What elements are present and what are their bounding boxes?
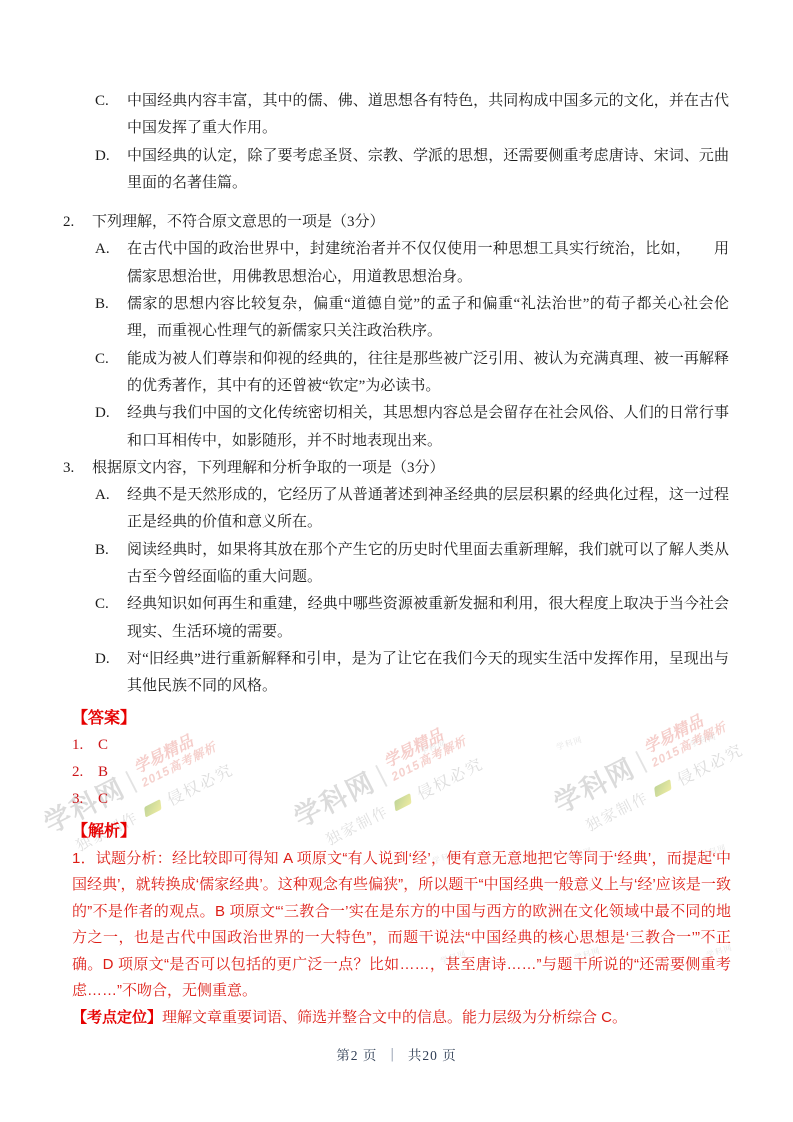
option-label: B.: [95, 537, 127, 592]
answers-section-header: 【答案】: [72, 705, 793, 732]
option-text: 对“旧经典”进行重新解释和引申，是为了让它在我们今天的现实生活中发挥作用，呈现出…: [127, 646, 729, 701]
option-text: 经典不是天然形成的，它经历了从普通著述到神圣经典的层层积累的经典化过程，这一过程…: [127, 482, 729, 537]
question-number: 2.: [63, 209, 92, 236]
question3-option-d: D. 对“旧经典”进行重新解释和引申，是为了让它在我们今天的现实生活中发挥作用，…: [95, 646, 729, 701]
exam-document-page: 学科网 | 学易精品 2015高考解析 独家制作 侵权必究 学科网 | 学易精品…: [0, 0, 793, 1122]
option-text: 中国经典内容丰富，其中的儒、佛、道思想各有特色，共同构成中国多元的文化，并在古代…: [127, 88, 729, 143]
answer-item-2: 2. B: [72, 759, 793, 786]
answer-number: 2.: [72, 759, 98, 786]
question-3-stem: 3. 根据原文内容，下列理解和分析争取的一项是（3分）: [63, 455, 729, 482]
question-text: 下列理解，不符合原文意思的一项是（3分）: [92, 209, 729, 236]
footer-separator: ｜: [385, 1048, 400, 1063]
question1-option-d: D. 中国经典的认定，除了要考虑圣贤、宗教、学派的思想，还需要侧重考虑唐诗、宋词…: [95, 143, 729, 198]
footer-page-total: 共20 页: [408, 1048, 457, 1063]
question-2-stem: 2. 下列理解，不符合原文意思的一项是（3分）: [63, 209, 729, 236]
answer-value: B: [98, 759, 108, 786]
question2-option-a: A. 在古代中国的政治世界中，封建统治者并不仅仅使用一种思想工具实行统治，比如，…: [95, 236, 729, 291]
option-text: 在古代中国的政治世界中，封建统治者并不仅仅使用一种思想工具实行统治，比如， 用儒…: [127, 236, 729, 291]
option-text: 能成为被人们尊崇和仰视的经典的，往往是那些被广泛引用、被认为充满真理、被一再解释…: [127, 346, 729, 401]
analysis-paragraph: 1．试题分析：经比较即可得知 A 项原文“有人说到‘经’，便有意无意地把它等同于…: [72, 846, 731, 1004]
question3-option-b: B. 阅读经典时，如果将其放在那个产生它的历史时代里面去重新理解，我们就可以了解…: [95, 537, 729, 592]
footer-page-current: 第2 页: [336, 1048, 377, 1063]
question3-option-c: C. 经典知识如何再生和重建，经典中哪些资源被重新发掘和利用，很大程度上取决于当…: [95, 591, 729, 646]
answer-item-3: 3. C: [72, 786, 793, 813]
question-text: 根据原文内容，下列理解和分析争取的一项是（3分）: [92, 455, 729, 482]
option-label: C.: [95, 346, 127, 401]
option-label: B.: [95, 291, 127, 346]
option-label: A.: [95, 482, 127, 537]
question2-option-c: C. 能成为被人们尊崇和仰视的经典的，往往是那些被广泛引用、被认为充满真理、被一…: [95, 346, 729, 401]
option-label: D.: [95, 400, 127, 455]
question2-option-b: B. 儒家的思想内容比较复杂，偏重“道德自觉”的孟子和偏重“礼法治世”的荀子都关…: [95, 291, 729, 346]
option-text: 儒家的思想内容比较复杂，偏重“道德自觉”的孟子和偏重“礼法治世”的荀子都关心社会…: [127, 291, 729, 346]
option-label: C.: [95, 88, 127, 143]
answer-item-1: 1. C: [72, 732, 793, 759]
page-footer: 第2 页｜共20 页: [0, 1044, 793, 1064]
option-label: D.: [95, 143, 127, 198]
option-label: C.: [95, 591, 127, 646]
option-label: D.: [95, 646, 127, 701]
answer-number: 1.: [72, 732, 98, 759]
document-content: C. 中国经典内容丰富，其中的儒、佛、道思想各有特色，共同构成中国多元的文化，并…: [0, 0, 793, 1031]
question1-option-c: C. 中国经典内容丰富，其中的儒、佛、道思想各有特色，共同构成中国多元的文化，并…: [95, 88, 729, 143]
answer-value: C: [98, 786, 108, 813]
exam-point-line: 【考点定位】理解文章重要词语、筛选并整合文中的信息。能力层级为分析综合 C。: [72, 1004, 731, 1031]
option-text: 阅读经典时，如果将其放在那个产生它的历史时代里面去重新理解，我们就可以了解人类从…: [127, 537, 729, 592]
question2-option-d: D. 经典与我们中国的文化传统密切相关，其思想内容总是会留存在社会风俗、人们的日…: [95, 400, 729, 455]
analysis-section-header: 【解析】: [72, 818, 793, 845]
exam-point-text: 理解文章重要词语、筛选并整合文中的信息。能力层级为分析综合 C。: [162, 1009, 627, 1026]
answer-value: C: [98, 732, 108, 759]
question-2: 2. 下列理解，不符合原文意思的一项是（3分） A. 在古代中国的政治世界中，封…: [0, 209, 793, 455]
question3-option-a: A. 经典不是天然形成的，它经历了从普通著述到神圣经典的层层积累的经典化过程，这…: [95, 482, 729, 537]
option-text: 经典与我们中国的文化传统密切相关，其思想内容总是会留存在社会风俗、人们的日常行事…: [127, 400, 729, 455]
option-text: 经典知识如何再生和重建，经典中哪些资源被重新发掘和利用，很大程度上取决于当今社会…: [127, 591, 729, 646]
question-number: 3.: [63, 455, 92, 482]
exam-point-label: 【考点定位】: [72, 1009, 162, 1026]
option-label: A.: [95, 236, 127, 291]
answer-number: 3.: [72, 786, 98, 813]
option-text: 中国经典的认定，除了要考虑圣贤、宗教、学派的思想，还需要侧重考虑唐诗、宋词、元曲…: [127, 143, 729, 198]
question-3: 3. 根据原文内容，下列理解和分析争取的一项是（3分） A. 经典不是天然形成的…: [0, 455, 793, 701]
